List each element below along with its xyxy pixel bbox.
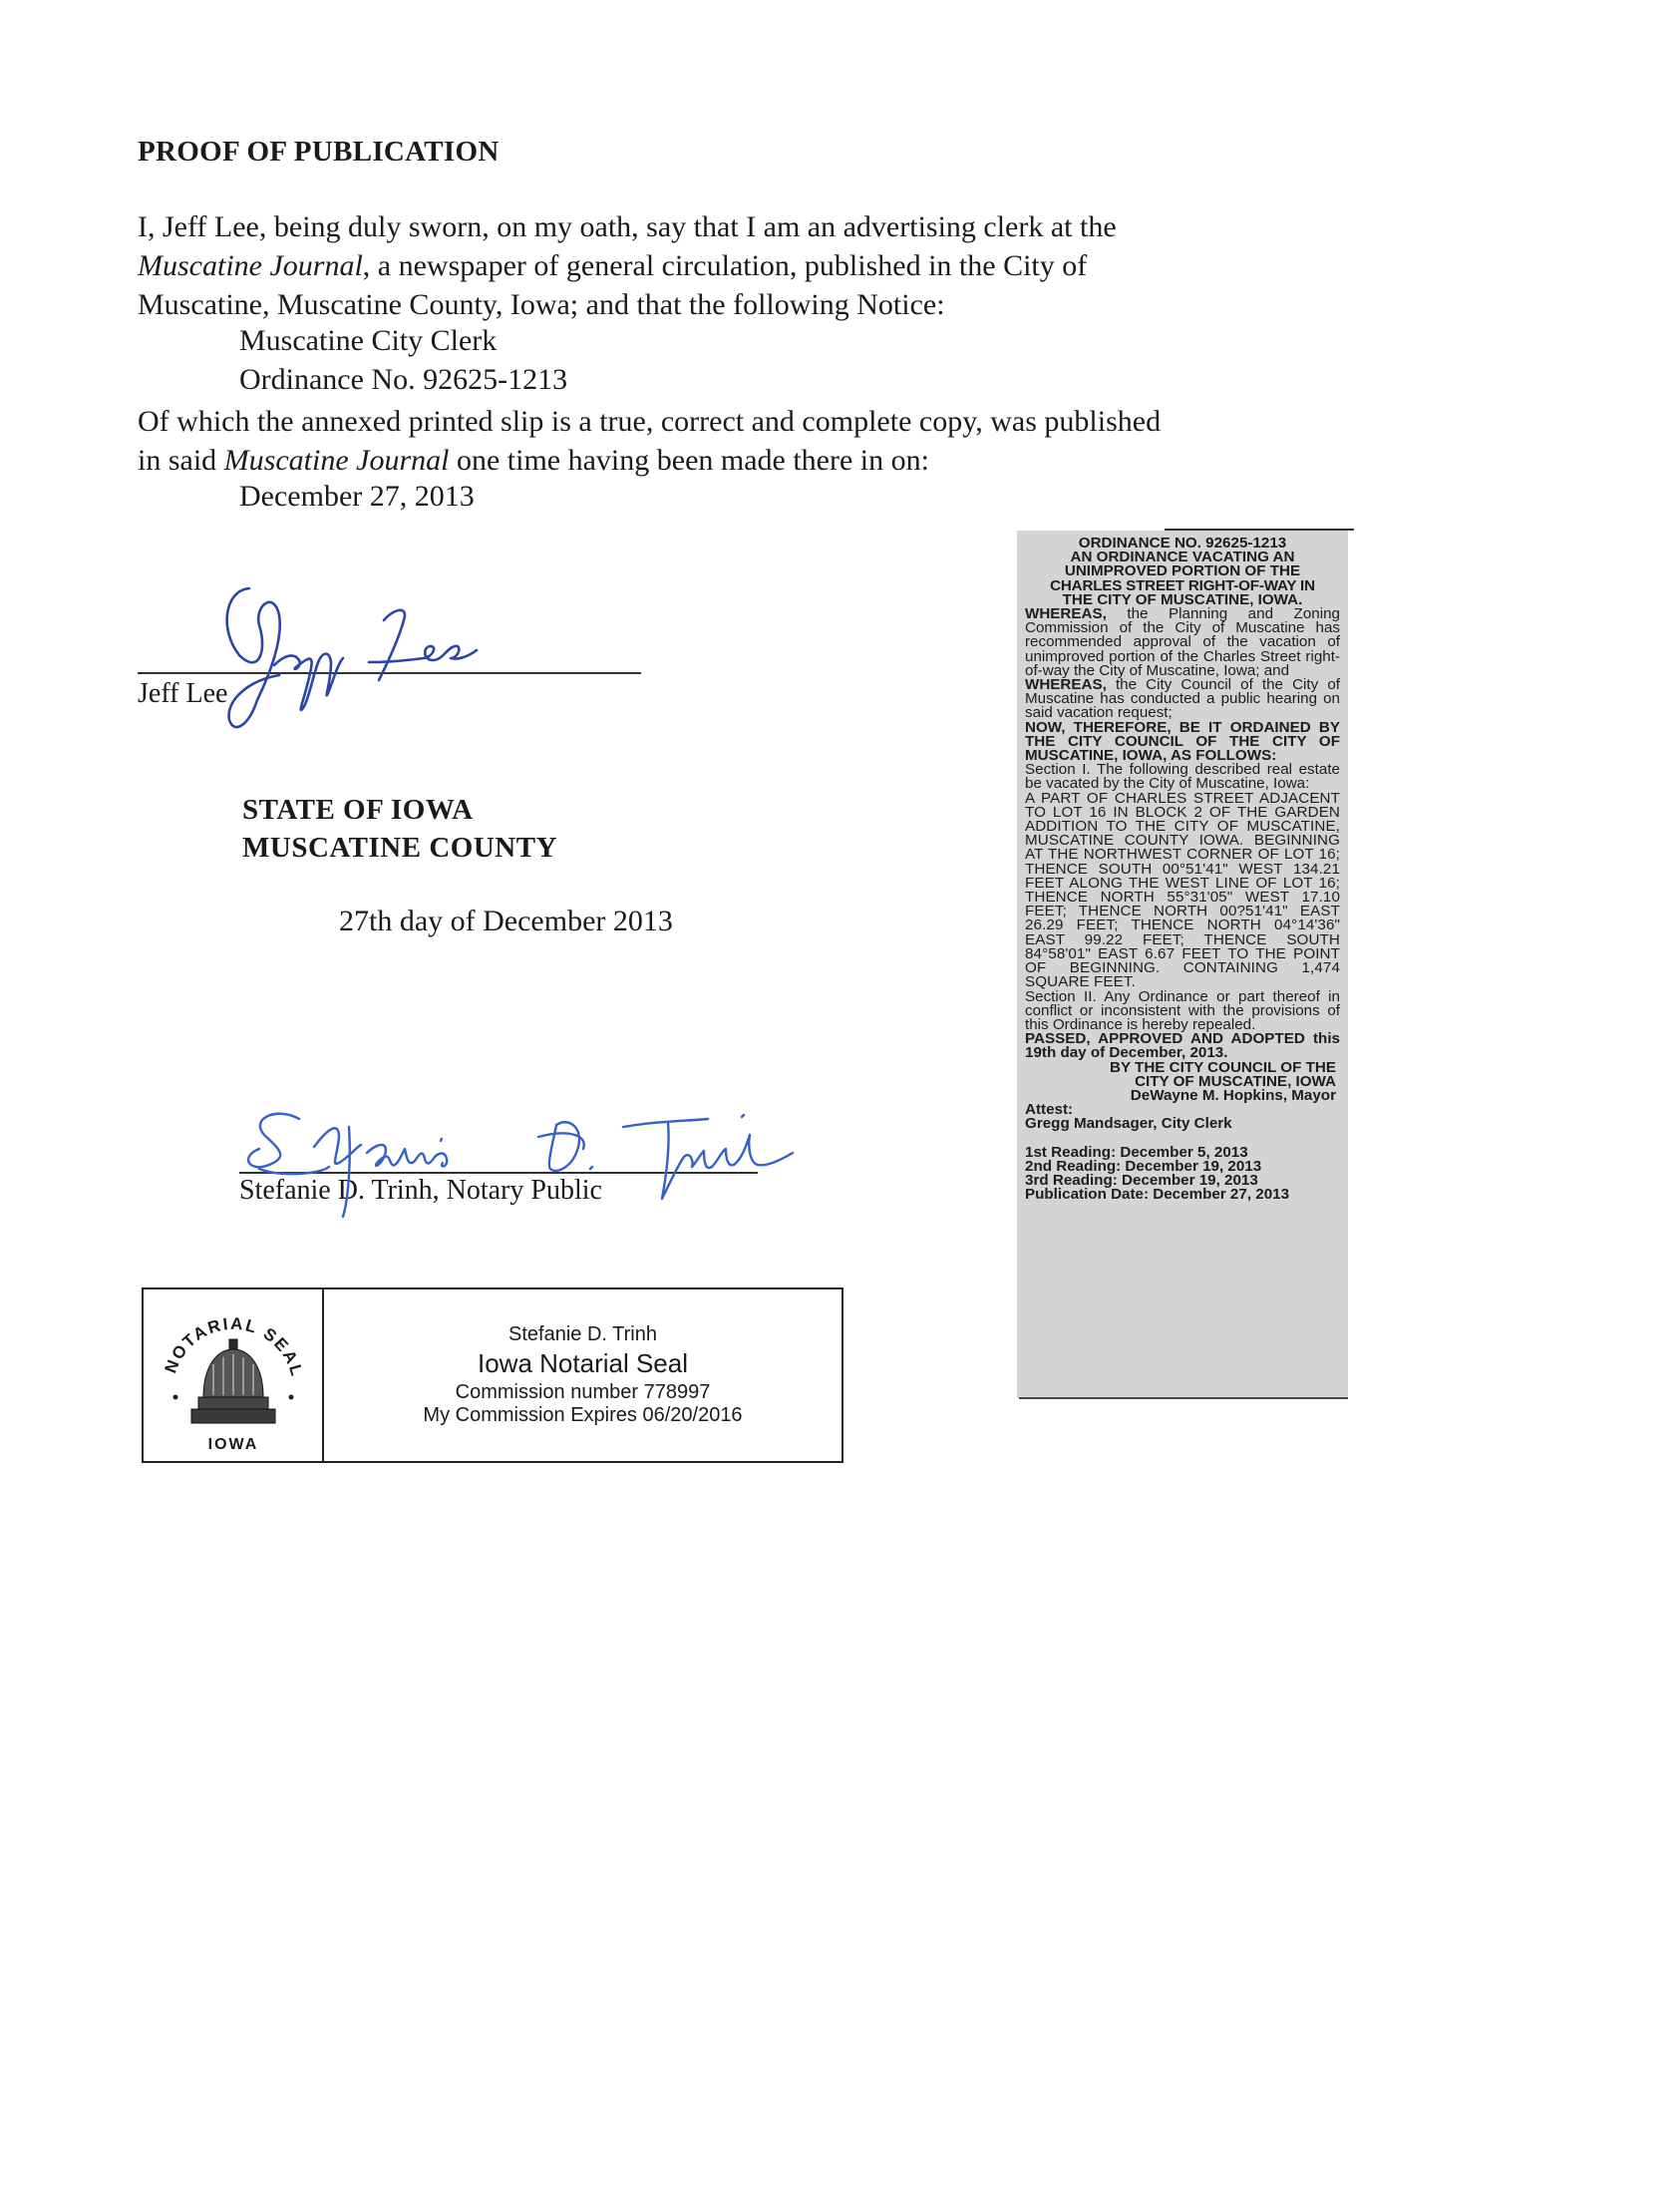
notarial-seal-emblem: NOTARIAL SEAL IOWA (144, 1289, 324, 1461)
clipping-attest-name: Gregg Mandsager, City Clerk (1025, 1117, 1340, 1131)
notary-signature-icon (239, 1087, 917, 1217)
clipping-bottom-rule (1019, 1397, 1348, 1399)
clipping-publication-date: Publication Date: December 27, 2013 (1025, 1188, 1340, 1202)
affiant-printed-name: Jeff Lee (138, 678, 227, 710)
affidavit-line-5: in said Muscatine Journal one time havin… (138, 441, 929, 480)
svg-text:IOWA: IOWA (208, 1436, 259, 1453)
affidavit-line-5-text: one time having been made there in on: (449, 444, 929, 477)
commission-expiration: My Commission Expires 06/20/2016 (423, 1404, 742, 1427)
affidavit-line-2-text: , a newspaper of general circulation, pu… (363, 249, 1087, 282)
venue-state: STATE OF IOWA (242, 791, 474, 829)
notice-from: Muscatine City Clerk (239, 324, 497, 358)
affidavit-line-1: I, Jeff Lee, being duly sworn, on my oat… (138, 207, 1117, 246)
capitol-dome-seal-icon: NOTARIAL SEAL IOWA (144, 1289, 322, 1461)
affidavit-line-3: Muscatine, Muscatine County, Iowa; and t… (138, 285, 945, 324)
notice-title: Ordinance No. 92625-1213 (239, 363, 567, 397)
clipping-section-2: Section II. Any Ordinance or part thereo… (1025, 990, 1340, 1033)
affidavit-line-5-prefix: in said (138, 444, 224, 477)
venue-date: 27th day of December 2013 (339, 905, 673, 938)
document-title: PROOF OF PUBLICATION (138, 136, 500, 169)
notary-name: Stefanie D. Trinh (508, 1323, 657, 1346)
clipping-now-therefore: NOW, THEREFORE, BE IT ORDAINED BY THE CI… (1025, 721, 1340, 764)
notary-seal-label: Iowa Notarial Seal (478, 1348, 688, 1379)
newspaper-clipping: ORDINANCE NO. 92625-1213 AN ORDINANCE VA… (1017, 531, 1348, 1398)
affidavit-line-2: Muscatine Journal, a newspaper of genera… (138, 246, 1087, 285)
commission-number: Commission number 778997 (456, 1381, 711, 1404)
newspaper-name-2: Muscatine Journal (224, 444, 450, 477)
newspaper-name: Muscatine Journal (138, 249, 363, 282)
affiant-signature-icon (219, 580, 538, 740)
publication-date: December 27, 2013 (239, 480, 475, 514)
clipping-whereas-1: WHEREAS, the Planning and Zoning Commiss… (1025, 607, 1340, 678)
affidavit-line-4: Of which the annexed printed slip is a t… (138, 402, 1161, 441)
clipping-whereas-2: WHEREAS, the City Council of the City of… (1025, 678, 1340, 721)
venue-county: MUSCATINE COUNTY (242, 829, 557, 867)
notary-seal-stamp: NOTARIAL SEAL IOWA Stefanie D. Trinh Iow… (142, 1287, 843, 1463)
clipping-section-1: Section I. The following described real … (1025, 763, 1340, 791)
notary-commission-info: Stefanie D. Trinh Iowa Notarial Seal Com… (324, 1289, 841, 1461)
clipping-legal-description: A PART OF CHARLES STREET ADJACENT TO LOT… (1025, 792, 1340, 990)
clipping-passed: PASSED, APPROVED AND ADOPTED this 19th d… (1025, 1032, 1340, 1060)
